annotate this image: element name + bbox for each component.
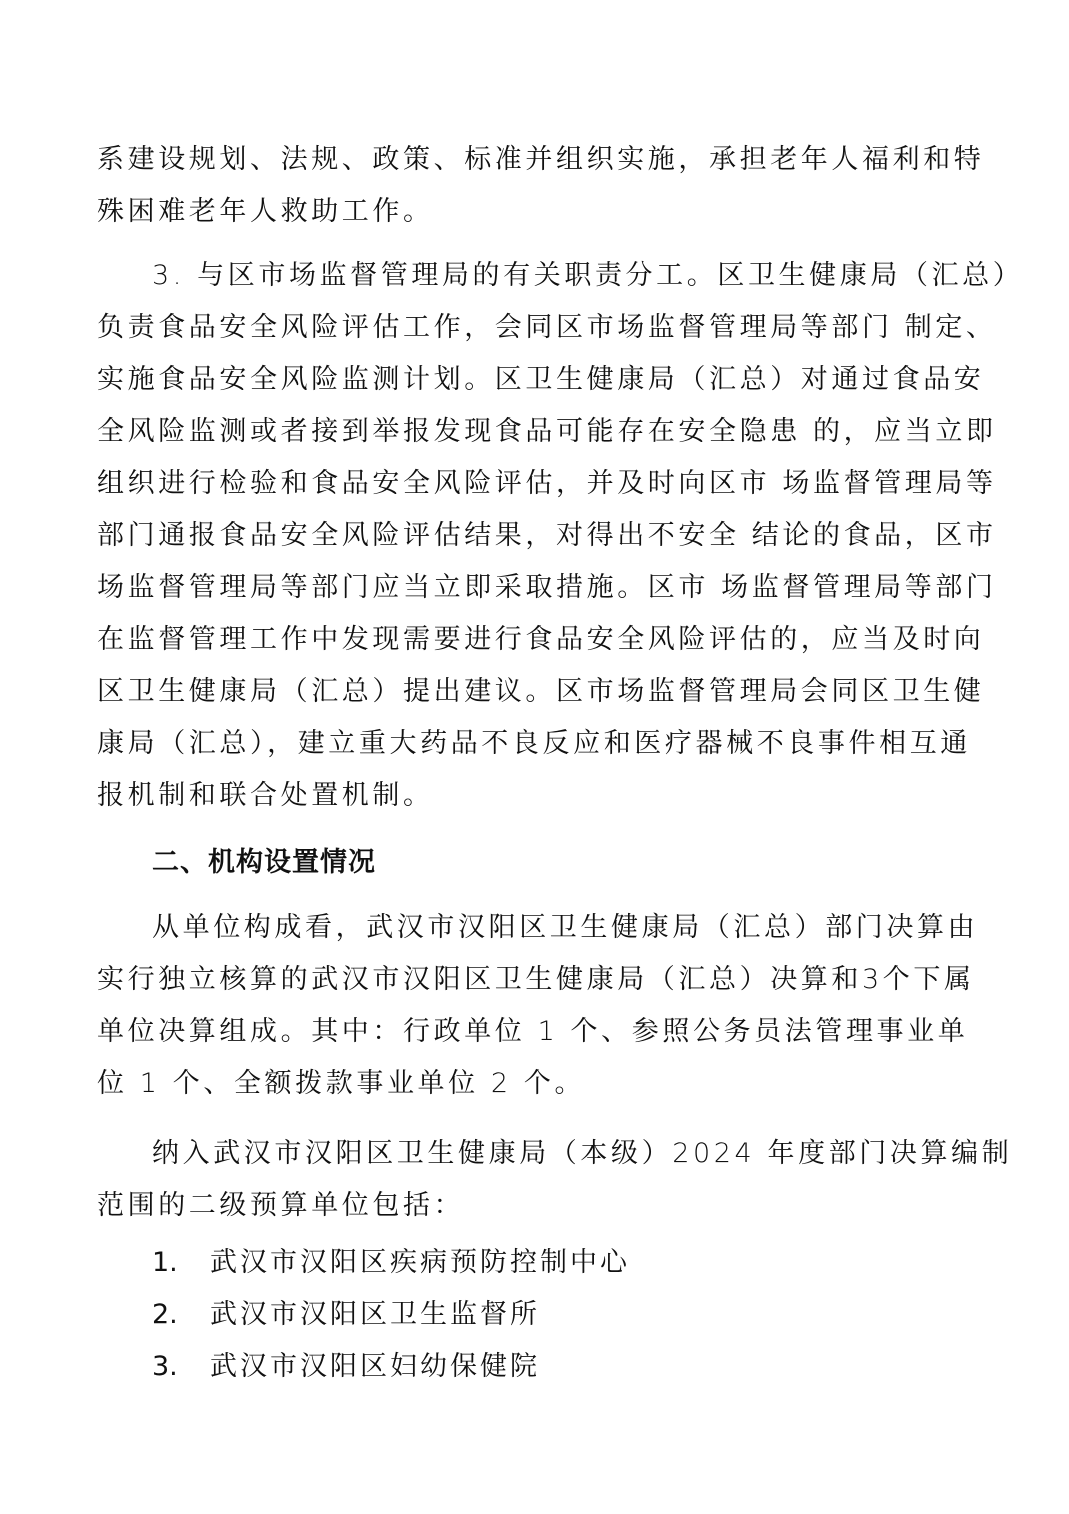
- paragraph-2-line-1: 3. 与区市场监督管理局的有关职责分工。区卫生健康局（汇总）: [152, 258, 992, 294]
- paragraph-2-line-3: 实施食品安全风险监测计划。区卫生健康局（汇总）对通过食品安: [97, 362, 937, 398]
- list-item-name: 武汉市汉阳区妇幼保健院: [210, 1351, 540, 1382]
- paragraph-2-line-10: 康局（汇总），建立重大药品不良反应和医疗器械不良事件相互通: [97, 726, 937, 762]
- paragraph-1-line-2: 殊困难老年人救助工作。: [97, 194, 937, 230]
- paragraph-2-line-6: 部门通报食品安全风险评估结果，对得出不安全 结论的食品，区市: [97, 518, 937, 554]
- list-item-name: 武汉市汉阳区卫生监督所: [210, 1299, 540, 1330]
- document-page: 系建设规划、法规、政策、标准并组织实施，承担老年人福利和特 殊困难老年人救助工作…: [0, 0, 1069, 1514]
- list-item-number: 2.: [152, 1297, 210, 1333]
- paragraph-2-line-9: 区卫生健康局（汇总）提出建议。区市场监督管理局会同区卫生健: [97, 674, 937, 710]
- paragraph-3-line-3: 单位决算组成。其中：行政单位 1 个、参照公务员法管理事业单: [97, 1014, 937, 1050]
- list-item: 3.武汉市汉阳区妇幼保健院: [152, 1349, 540, 1385]
- list-item: 1.武汉市汉阳区疾病预防控制中心: [152, 1245, 630, 1281]
- list-item-number: 3.: [152, 1349, 210, 1385]
- list-item-name: 武汉市汉阳区疾病预防控制中心: [210, 1247, 630, 1278]
- paragraph-4-line-2: 范围的二级预算单位包括：: [97, 1188, 937, 1224]
- paragraph-3-line-2: 实行独立核算的武汉市汉阳区卫生健康局（汇总）决算和3个下属: [97, 962, 937, 998]
- paragraph-2-line-7: 场监督管理局等部门应当立即采取措施。区市 场监督管理局等部门: [97, 570, 937, 606]
- paragraph-2-line-4: 全风险监测或者接到举报发现食品可能存在安全隐患 的，应当立即: [97, 414, 937, 450]
- paragraph-2-line-2: 负责食品安全风险评估工作，会同区市场监督管理局等部门 制定、: [97, 310, 937, 346]
- list-item: 2.武汉市汉阳区卫生监督所: [152, 1297, 540, 1333]
- paragraph-2-line-8: 在监督管理工作中发现需要进行食品安全风险评估的，应当及时向: [97, 622, 937, 658]
- section-heading: 二、机构设置情况: [152, 845, 376, 881]
- paragraph-4-line-1: 纳入武汉市汉阳区卫生健康局（本级）2024 年度部门决算编制: [152, 1136, 992, 1172]
- list-item-number: 1.: [152, 1245, 210, 1281]
- paragraph-1-line-1: 系建设规划、法规、政策、标准并组织实施，承担老年人福利和特: [97, 142, 937, 178]
- paragraph-2-line-5: 组织进行检验和食品安全风险评估，并及时向区市 场监督管理局等: [97, 466, 937, 502]
- paragraph-2-line-11: 报机制和联合处置机制。: [97, 778, 937, 814]
- paragraph-3-line-1: 从单位构成看，武汉市汉阳区卫生健康局（汇总）部门决算由: [152, 910, 992, 946]
- paragraph-3-line-4: 位 1 个、全额拨款事业单位 2 个。: [97, 1066, 937, 1102]
